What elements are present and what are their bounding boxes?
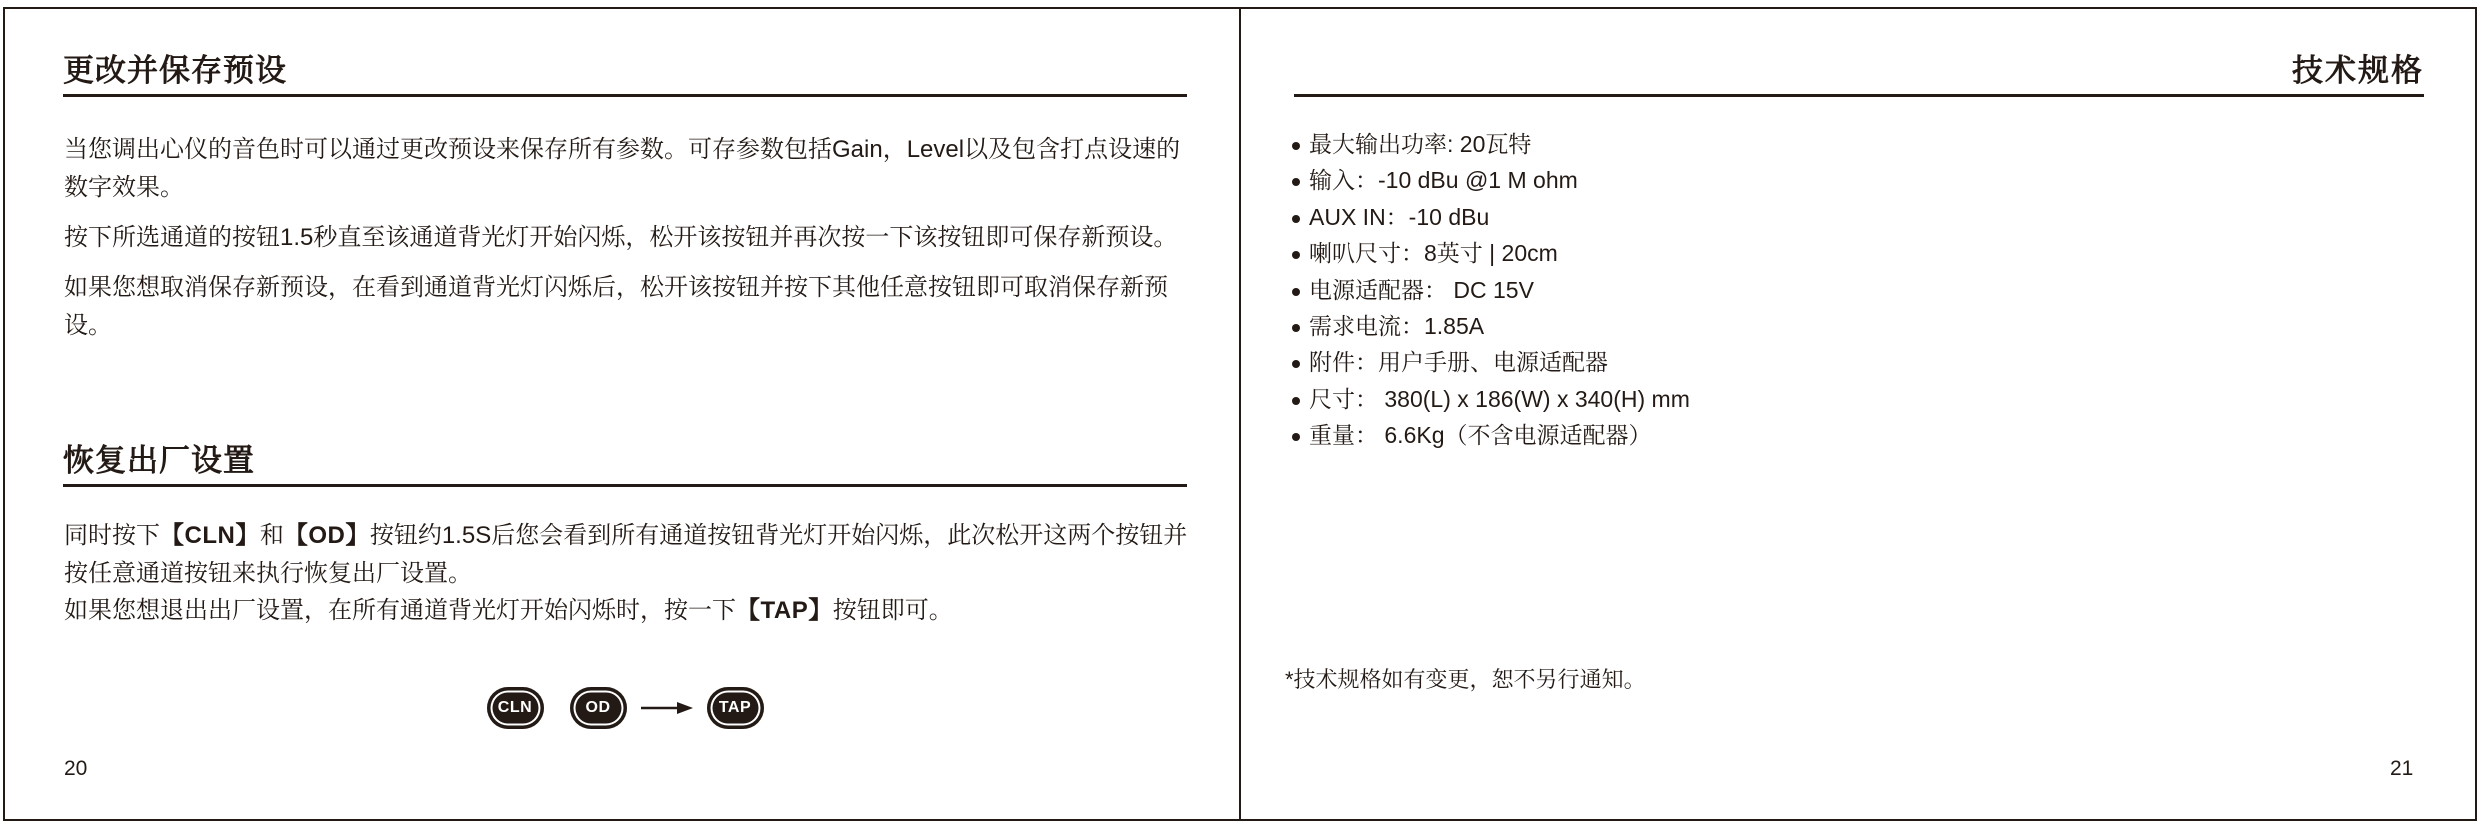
paragraph-factory-reset: 同时按下【CLN】和【OD】按钮约1.5S后您会看到所有通道按钮背光灯开始闪烁，…: [64, 517, 1199, 630]
paragraph-line: 同时按下【CLN】和【OD】按钮约1.5S后您会看到所有通道按钮背光灯开始闪烁，…: [64, 517, 1199, 555]
spec-item-power-adapter: 电源适配器： DC 15V: [1292, 272, 2392, 308]
spec-item-current: 需求电流：1.85A: [1292, 308, 2392, 344]
paragraph-line: 设。: [64, 307, 1199, 345]
paragraph-line: 按任意通道按钮来执行恢复出厂设置。: [64, 555, 1199, 593]
paragraph-save-steps: 按下所选通道的按钮1.5秒直至该通道背光灯开始闪烁，松开该按钮并再次按一下该按钮…: [64, 219, 1199, 257]
paragraph-line: 如果您想退出出厂设置，在所有通道背光灯开始闪烁时，按一下【TAP】按钮即可。: [64, 592, 1199, 630]
paragraph-save-presets: 当您调出心仪的音色时可以通过更改预设来保存所有参数。可存参数包括Gain，Lev…: [64, 131, 1199, 206]
manual-spread: 更改并保存预设 当您调出心仪的音色时可以通过更改预设来保存所有参数。可存参数包括…: [0, 0, 2481, 828]
paragraph-line: 数字效果。: [64, 169, 1199, 207]
spec-item-accessories: 附件：用户手册、电源适配器: [1292, 344, 2392, 380]
page-divider: [1239, 7, 1241, 821]
spec-item-input: 输入：-10 dBu @1 M ohm: [1292, 162, 2392, 198]
paragraph-line: 当您调出心仪的音色时可以通过更改预设来保存所有参数。可存参数包括Gain，Lev…: [64, 131, 1199, 169]
arrow-right-icon: [641, 700, 693, 716]
spec-item-max-output: 最大输出功率: 20瓦特: [1292, 126, 2392, 162]
specs-list: 最大输出功率: 20瓦特 输入：-10 dBu @1 M ohm AUX IN：…: [1292, 126, 2392, 454]
spec-item-dimensions: 尺寸： 380(L) x 186(W) x 340(H) mm: [1292, 381, 2392, 417]
paragraph-line: 如果您想取消保存新预设，在看到通道背光灯闪烁后，松开该按钮并按下其他任意按钮即可…: [64, 269, 1199, 307]
paragraph-cancel-save: 如果您想取消保存新预设，在看到通道背光灯闪烁后，松开该按钮并按下其他任意按钮即可…: [64, 269, 1199, 344]
page-number-right: 21: [2390, 757, 2413, 781]
section-title-specs: 技术规格: [1294, 54, 2424, 88]
paragraph-line: 按下所选通道的按钮1.5秒直至该通道背光灯开始闪烁，松开该按钮并再次按一下该按钮…: [64, 219, 1199, 257]
cln-button: CLN: [487, 687, 544, 729]
section-title-save-presets: 更改并保存预设: [63, 54, 1187, 88]
spec-item-speaker-size: 喇叭尺寸：8英寸 | 20cm: [1292, 235, 2392, 271]
tap-button: TAP: [707, 687, 764, 729]
section-title-factory-reset: 恢复出厂设置: [63, 444, 1187, 478]
page-number-left: 20: [64, 757, 87, 781]
spec-item-weight: 重量： 6.6Kg（不含电源适配器）: [1292, 417, 2392, 453]
section-save-presets: 更改并保存预设: [63, 54, 1187, 97]
od-button: OD: [570, 687, 627, 729]
spec-item-aux-in: AUX IN：-10 dBu: [1292, 199, 2392, 235]
specs-footnote: *技术规格如有变更，恕不另行通知。: [1285, 663, 1646, 694]
section-factory-reset: 恢复出厂设置: [63, 444, 1187, 487]
button-diagram: CLN OD TAP: [63, 685, 1187, 731]
section-specs: 技术规格: [1294, 54, 2424, 97]
